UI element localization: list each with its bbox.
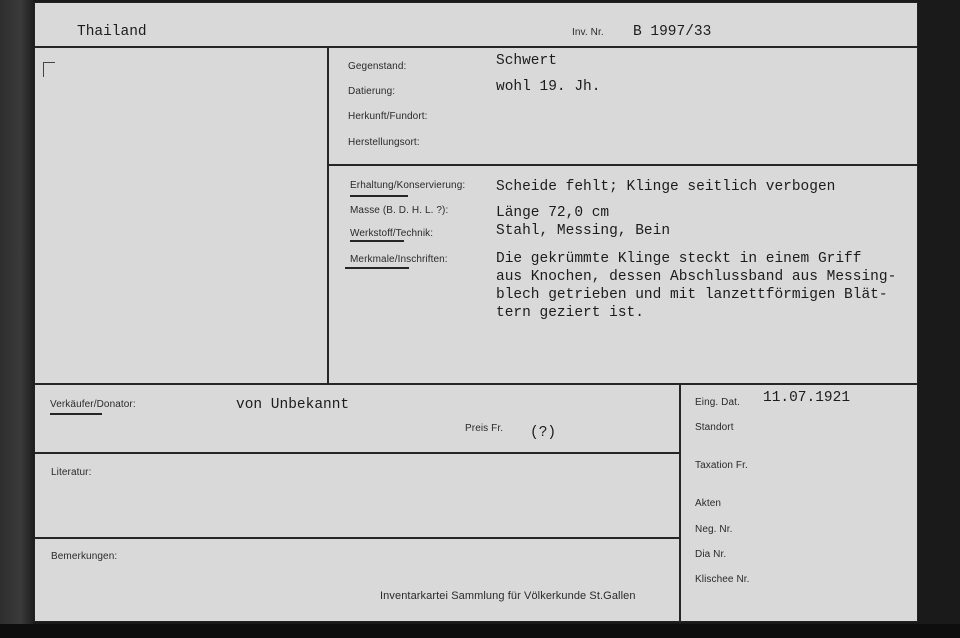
eing-dat-value: 11.07.1921 — [763, 389, 850, 407]
erhaltung-value: Scheide fehlt; Klinge seitlich verbogen — [496, 178, 835, 196]
datierung-value: wohl 19. Jh. — [496, 78, 600, 96]
inventory-card: Thailand Inv. Nr. B 1997/33 Gegenstand: … — [34, 2, 918, 622]
preis-value: (?) — [530, 424, 556, 442]
literatur-label: Literatur: — [51, 467, 91, 478]
merkmale-underline — [345, 267, 409, 269]
side-panel-divider — [679, 384, 681, 623]
masse-value: Länge 72,0 cm — [496, 204, 609, 222]
verkaeufer-label: Verkäufer/Donator: — [50, 399, 136, 410]
section-divider-4 — [35, 537, 680, 539]
eing-dat-label: Eing. Dat. — [695, 397, 740, 408]
footer-institution: Inventarkartei Sammlung für Völkerkunde … — [380, 590, 636, 602]
inv-nr-value: B 1997/33 — [633, 23, 711, 41]
herkunft-label: Herkunft/Fundort: — [348, 111, 428, 122]
merkmale-line: Die gekrümmte Klinge steckt in einem Gri… — [496, 250, 896, 268]
herstellungsort-label: Herstellungsort: — [348, 137, 420, 148]
merkmale-line: blech getrieben und mit lanzettförmigen … — [496, 286, 896, 304]
section-divider-1 — [328, 164, 917, 166]
inv-nr-label: Inv. Nr. — [572, 27, 604, 38]
preis-label: Preis Fr. — [465, 423, 503, 434]
section-divider-2 — [35, 383, 917, 385]
klischee-nr-label: Klischee Nr. — [695, 574, 750, 585]
standort-label: Standort — [695, 422, 734, 433]
taxation-label: Taxation Fr. — [695, 460, 748, 471]
masse-label: Masse (B. D. H. L. ?): — [350, 205, 448, 216]
werkstoff-label: Werkstoff/Technik: — [350, 228, 433, 239]
erhaltung-underline — [350, 195, 408, 197]
section-divider-3 — [35, 452, 680, 454]
werkstoff-value: Stahl, Messing, Bein — [496, 222, 670, 240]
scan-background-bottom — [0, 624, 960, 638]
gegenstand-label: Gegenstand: — [348, 61, 406, 72]
image-area-divider — [327, 47, 329, 385]
merkmale-label: Merkmale/Inschriften: — [350, 254, 448, 265]
werkstoff-underline — [350, 240, 404, 242]
photo-corner-mark — [43, 62, 55, 77]
erhaltung-label: Erhaltung/Konservierung: — [350, 180, 465, 191]
verkaeufer-underline — [50, 413, 102, 415]
gegenstand-value: Schwert — [496, 52, 557, 70]
neg-nr-label: Neg. Nr. — [695, 524, 732, 535]
merkmale-line: tern geziert ist. — [496, 304, 896, 322]
akten-label: Akten — [695, 498, 721, 509]
merkmale-line: aus Knochen, dessen Abschlussband aus Me… — [496, 268, 896, 286]
datierung-label: Datierung: — [348, 86, 395, 97]
scan-background-left — [0, 0, 34, 638]
dia-nr-label: Dia Nr. — [695, 549, 726, 560]
country-value: Thailand — [77, 23, 147, 41]
merkmale-text: Die gekrümmte Klinge steckt in einem Gri… — [496, 250, 896, 322]
bemerkungen-label: Bemerkungen: — [51, 551, 117, 562]
verkaeufer-value: von Unbekannt — [236, 396, 349, 414]
header-divider — [35, 46, 917, 48]
